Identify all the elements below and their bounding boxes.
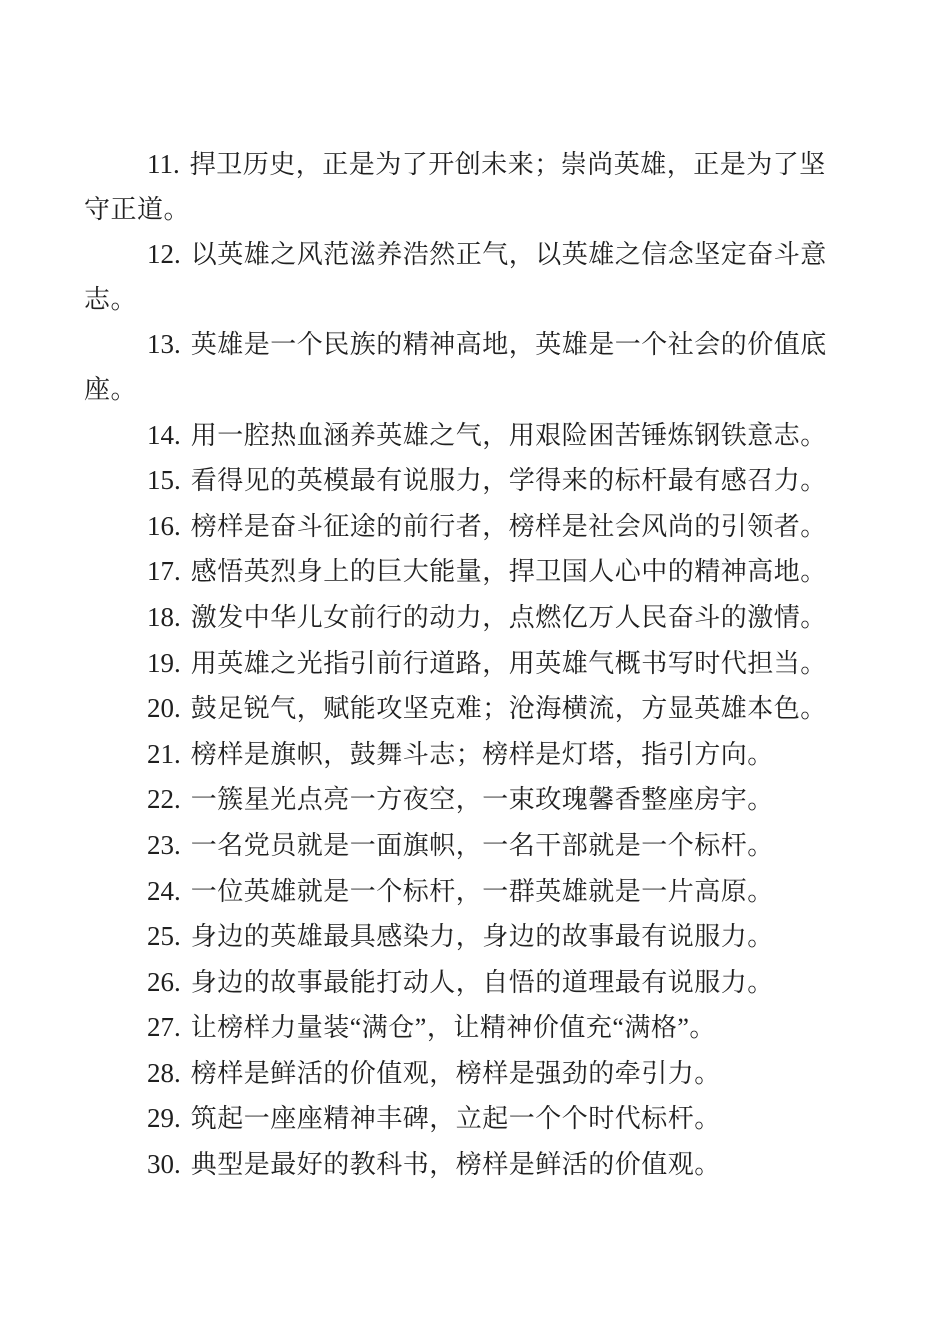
item-number: 25.	[147, 921, 181, 951]
item-number: 29.	[147, 1103, 181, 1133]
item-number: 15.	[147, 465, 181, 495]
list-item: 27.让榜样力量装“满仓”，让精神价值充“满格”。	[84, 1005, 874, 1051]
list-item: 19.用英雄之光指引前行道路，用英雄气概书写时代担当。	[84, 641, 874, 687]
item-number: 20.	[147, 693, 181, 723]
item-number: 21.	[147, 739, 181, 769]
item-text: 榜样是奋斗征途的前行者，榜样是社会风尚的引领者。	[191, 512, 827, 541]
item-text: 用英雄之光指引前行道路，用英雄气概书写时代担当。	[191, 649, 827, 678]
item-number: 13.	[147, 329, 181, 359]
item-text: 一簇星光点亮一方夜空，一束玫瑰馨香整座房宇。	[191, 785, 774, 814]
list-item: 17.感悟英烈身上的巨大能量，捍卫国人心中的精神高地。	[84, 549, 874, 595]
item-number: 18.	[147, 602, 181, 632]
item-text: 让榜样力量装“满仓”，让精神价值充“满格”。	[191, 1013, 716, 1042]
list-item: 29.筑起一座座精神丰碑，立起一个个时代标杆。	[84, 1096, 874, 1142]
statement-list: 11.捍卫历史，正是为了开创未来；崇尚英雄，正是为了坚守正道。12.以英雄之风范…	[84, 142, 874, 1188]
list-item: 30.典型是最好的教科书，榜样是鲜活的价值观。	[84, 1142, 874, 1188]
item-text: 用一腔热血涵养英雄之气，用艰险困苦锤炼钢铁意志。	[191, 421, 827, 450]
list-item: 26.身边的故事最能打动人，自悟的道理最有说服力。	[84, 960, 874, 1006]
item-number: 19.	[147, 648, 181, 678]
item-number: 16.	[147, 511, 181, 541]
list-item: 21.榜样是旗帜，鼓舞斗志；榜样是灯塔，指引方向。	[84, 732, 874, 778]
item-text: 看得见的英模最有说服力，学得来的标杆最有感召力。	[191, 466, 827, 495]
item-number: 30.	[147, 1149, 181, 1179]
list-item: 14.用一腔热血涵养英雄之气，用艰险困苦锤炼钢铁意志。	[84, 413, 874, 459]
item-text: 榜样是旗帜，鼓舞斗志；榜样是灯塔，指引方向。	[191, 740, 774, 769]
item-text: 英雄是一个民族的精神高地，英雄是一个社会的价值底座。	[84, 330, 827, 404]
item-number: 11.	[147, 149, 180, 179]
item-number: 27.	[147, 1012, 181, 1042]
item-text: 感悟英烈身上的巨大能量，捍卫国人心中的精神高地。	[191, 557, 827, 586]
item-text: 一位英雄就是一个标杆，一群英雄就是一片高原。	[191, 877, 774, 906]
item-text: 以英雄之风范滋养浩然正气，以英雄之信念坚定奋斗意志。	[84, 240, 827, 314]
item-text: 身边的英雄最具感染力，身边的故事最有说服力。	[191, 922, 774, 951]
list-item: 16.榜样是奋斗征途的前行者，榜样是社会风尚的引领者。	[84, 504, 874, 550]
item-text: 激发中华儿女前行的动力，点燃亿万人民奋斗的激情。	[191, 603, 827, 632]
item-number: 24.	[147, 876, 181, 906]
list-item: 28.榜样是鲜活的价值观，榜样是强劲的牵引力。	[84, 1051, 874, 1097]
item-text: 身边的故事最能打动人，自悟的道理最有说服力。	[191, 968, 774, 997]
list-item: 20.鼓足锐气，赋能攻坚克难；沧海横流，方显英雄本色。	[84, 686, 874, 732]
item-number: 17.	[147, 556, 181, 586]
item-text: 捍卫历史，正是为了开创未来；崇尚英雄，正是为了坚守正道。	[84, 150, 826, 224]
list-item: 23.一名党员就是一面旗帜，一名干部就是一个标杆。	[84, 823, 874, 869]
item-number: 26.	[147, 967, 181, 997]
list-item: 11.捍卫历史，正是为了开创未来；崇尚英雄，正是为了坚守正道。	[84, 142, 874, 232]
document-page: 11.捍卫历史，正是为了开创未来；崇尚英雄，正是为了坚守正道。12.以英雄之风范…	[0, 0, 950, 1344]
item-text: 一名党员就是一面旗帜，一名干部就是一个标杆。	[191, 831, 774, 860]
item-number: 23.	[147, 830, 181, 860]
item-number: 22.	[147, 784, 181, 814]
list-item: 22.一簇星光点亮一方夜空，一束玫瑰馨香整座房宇。	[84, 777, 874, 823]
list-item: 24.一位英雄就是一个标杆，一群英雄就是一片高原。	[84, 869, 874, 915]
list-item: 12.以英雄之风范滋养浩然正气，以英雄之信念坚定奋斗意志。	[84, 232, 874, 322]
list-item: 15.看得见的英模最有说服力，学得来的标杆最有感召力。	[84, 458, 874, 504]
item-text: 筑起一座座精神丰碑，立起一个个时代标杆。	[191, 1104, 721, 1133]
item-text: 鼓足锐气，赋能攻坚克难；沧海横流，方显英雄本色。	[191, 694, 827, 723]
list-item: 18.激发中华儿女前行的动力，点燃亿万人民奋斗的激情。	[84, 595, 874, 641]
item-number: 28.	[147, 1058, 181, 1088]
list-item: 25.身边的英雄最具感染力，身边的故事最有说服力。	[84, 914, 874, 960]
list-item: 13.英雄是一个民族的精神高地，英雄是一个社会的价值底座。	[84, 322, 874, 412]
item-number: 14.	[147, 420, 181, 450]
item-text: 典型是最好的教科书，榜样是鲜活的价值观。	[191, 1150, 721, 1179]
item-number: 12.	[147, 239, 181, 269]
item-text: 榜样是鲜活的价值观，榜样是强劲的牵引力。	[191, 1059, 721, 1088]
